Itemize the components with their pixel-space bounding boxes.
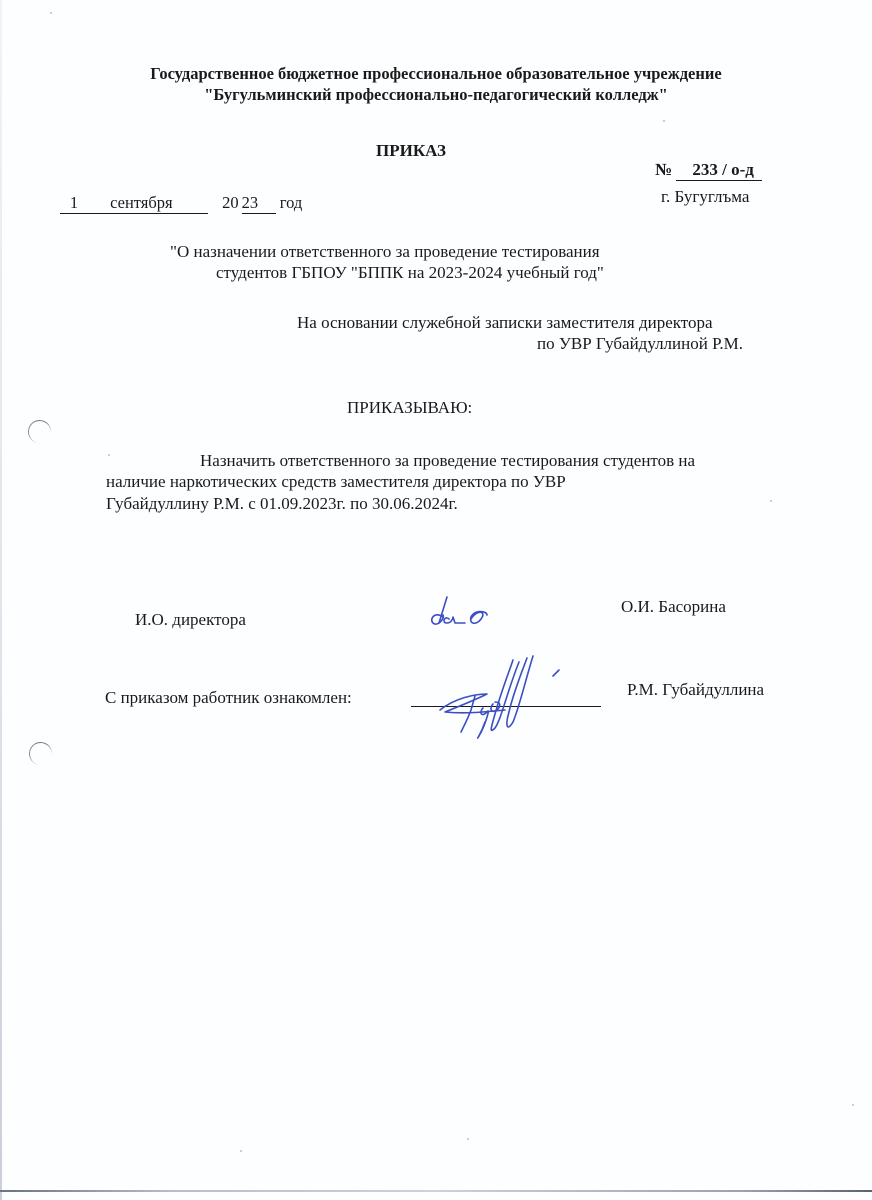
scan-speck xyxy=(50,12,52,14)
employee-name: Р.М. Губайдуллина xyxy=(627,680,764,700)
employee-signature-icon xyxy=(435,652,575,742)
order-number-value: 233 / о-д xyxy=(676,160,761,181)
order-word: ПРИКАЗЫВАЮ: xyxy=(347,398,472,418)
city: г. Бугуглъма xyxy=(661,187,749,207)
acknowledgment-label: С приказом работник ознакомлен: xyxy=(105,688,352,708)
date-year-word: год xyxy=(280,193,303,212)
document-title: ПРИКАЗ xyxy=(376,141,446,161)
order-body-line2: наличие наркотических средств заместител… xyxy=(106,472,566,492)
director-name: О.И. Басорина xyxy=(621,597,726,617)
scan-bottom-edge xyxy=(0,1190,872,1192)
basis-line2: по УВР Губайдуллиной Р.М. xyxy=(537,334,743,354)
punch-hole-top xyxy=(26,418,53,445)
scan-speck xyxy=(108,454,110,456)
punch-hole-bottom xyxy=(27,740,54,767)
scan-speck xyxy=(770,500,772,502)
date-year-suffix: 23 xyxy=(242,193,276,214)
subject-line2: студентов ГБПОУ "БППК на 2023-2024 учебн… xyxy=(216,263,604,283)
scan-left-edge xyxy=(0,0,2,1200)
organization-name-line1: Государственное бюджетное профессиональн… xyxy=(0,64,872,84)
date-month: сентября xyxy=(110,193,173,213)
number-sign: № xyxy=(655,160,672,179)
order-body-line3: Губайдуллину Р.М. с 01.09.2023г. по 30.0… xyxy=(106,494,458,514)
scan-speck xyxy=(467,1138,469,1140)
date-day-month-field: 1 сентября xyxy=(60,193,208,214)
order-number: № 233 / о-д xyxy=(655,160,762,181)
order-body-line1: Назначить ответственного за проведение т… xyxy=(200,451,695,471)
director-signature-label: И.О. директора xyxy=(135,610,246,630)
organization-name-line2: "Бугульминский профессионально-педагогич… xyxy=(0,85,872,105)
basis-line1: На основании служебной записки заместите… xyxy=(297,313,713,333)
scan-speck xyxy=(852,1104,854,1106)
order-date: 1 сентября 2023 год xyxy=(60,193,302,214)
director-signature-icon xyxy=(425,595,495,631)
scan-speck xyxy=(240,1150,242,1152)
scan-speck xyxy=(663,120,665,122)
subject-line1: "О назначении ответственного за проведен… xyxy=(170,242,600,262)
date-year-prefix: 20 xyxy=(222,193,239,212)
date-day: 1 xyxy=(60,193,88,213)
